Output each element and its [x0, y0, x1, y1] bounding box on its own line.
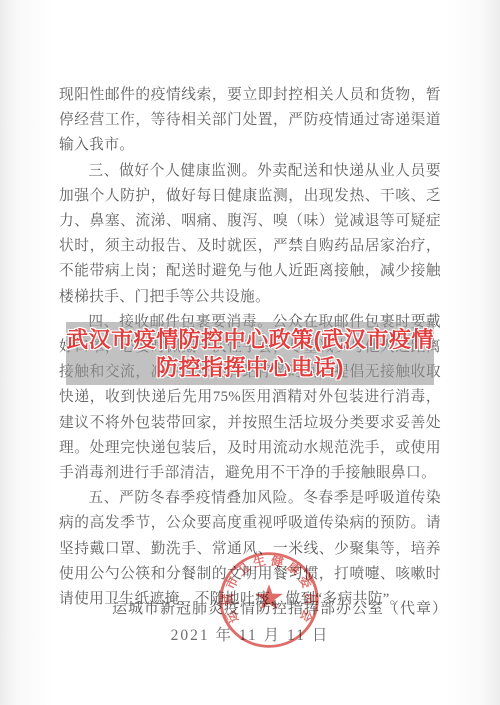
document-paragraph: 三、做好个人健康监测。外卖配送和快递从业人员要加强个人防护，做好每日健康监测，出…: [59, 159, 441, 310]
overlay-title: 武汉市疫情防控中心政策(武汉市疫情防控指挥中心电话): [66, 326, 434, 382]
document-paragraph: 现阳性邮件的疫情线索，要立即封控相关人员和货物，暂停经营工作，等待相关部门处置，…: [59, 83, 441, 159]
official-seal: 运城市卫生健康委员会: [216, 549, 322, 651]
star-icon: [255, 584, 283, 609]
scanned-document-page: 现阳性邮件的疫情线索，要立即封控相关人员和货物，暂停经营工作，等待相关部门处置，…: [0, 0, 500, 705]
overlay-title-band: 武汉市疫情防控中心政策(武汉市疫情防控指挥中心电话): [66, 322, 434, 385]
